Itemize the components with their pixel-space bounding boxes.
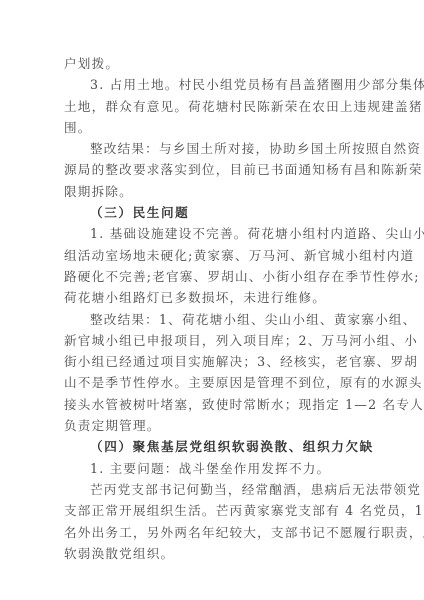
paragraph-line: 负责定期管理。 [64, 415, 360, 436]
paragraph-line: 新官城小组已申报项目，列入项目库；2、万马河小组、小 [64, 330, 360, 351]
paragraph-line: 围。 [64, 117, 360, 138]
paragraph-line: 整改结果：与乡国土所对接，协助乡国土所按照自然资 [64, 138, 360, 159]
paragraph-line: 土地，群众有意见。荷花塘村民陈新荣在农田上违规建盖猪 [64, 96, 360, 117]
paragraph-line: 整改结果：1、荷花塘小组、尖山小组、黄家寨小组、 [64, 309, 360, 330]
document-page: 户划拨。3. 占用土地。村民小组党员杨有昌盖猪圈用少部分集体土地，群众有意见。荷… [0, 0, 424, 600]
paragraph-line: 街小组已经通过项目实施解决；3、经核实，老官寨、罗胡 [64, 351, 360, 372]
paragraph-line: 名外出务工，另外两名年纪较大，支部书记不愿履行职责，属 [64, 522, 360, 543]
paragraph-line: 1. 主要问题：战斗堡垒作用发挥不力。 [64, 458, 360, 479]
section-heading: （三）民生问题 [64, 202, 360, 223]
paragraph-line: 组活动室场地未硬化;黄家寨、万马河、新官城小组村内道 [64, 245, 360, 266]
paragraph-line: 软弱涣散党组织。 [64, 543, 360, 564]
paragraph-line: 支部正常开展组织生活。芒丙黄家寨党支部有 4 名党员，1 [64, 500, 360, 521]
section-heading: （四）聚焦基层党组织软弱涣散、组织力欠缺 [64, 436, 360, 457]
paragraph-line: 荷花塘小组路灯已多数损坏，未进行维修。 [64, 287, 360, 308]
paragraph-line: 1. 基础设施建设不完善。荷花塘小组村内道路、尖山小 [64, 223, 360, 244]
paragraph-line: 接头水管被树叶堵塞，致使时常断水；现指定 1—2 名专人 [64, 394, 360, 415]
document-body: 户划拨。3. 占用土地。村民小组党员杨有昌盖猪圈用少部分集体土地，群众有意见。荷… [64, 53, 360, 564]
paragraph-line: 山不是季节性停水。主要原因是管理不到位，原有的水源头 [64, 372, 360, 393]
paragraph-line: 路硬化不完善;老官寨、罗胡山、小街小组存在季节性停水; [64, 266, 360, 287]
paragraph-line: 芒丙党支部书记何勤当，经常酗酒，患病后无法带领党 [64, 479, 360, 500]
paragraph-line: 源局的整改要求落实到位，目前已书面通知杨有昌和陈新荣 [64, 159, 360, 180]
paragraph-line: 3. 占用土地。村民小组党员杨有昌盖猪圈用少部分集体 [64, 74, 360, 95]
paragraph-line: 户划拨。 [64, 53, 360, 74]
paragraph-line: 限期拆除。 [64, 181, 360, 202]
